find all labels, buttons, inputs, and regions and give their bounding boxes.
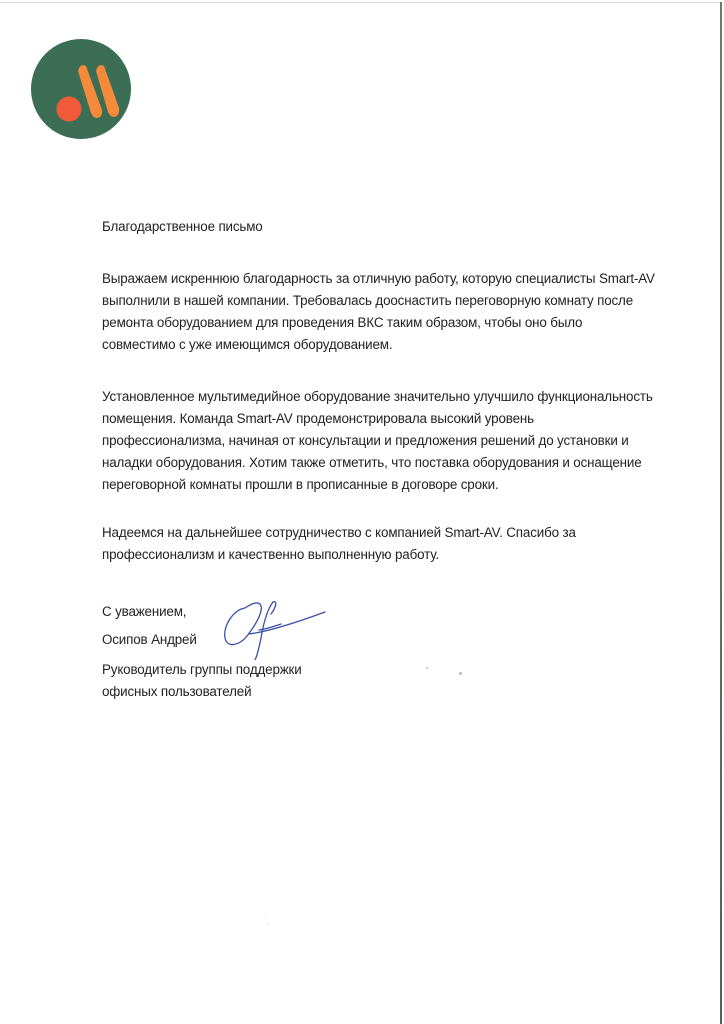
paragraph-line: Установленное мультимедийное оборудовани… [102, 386, 692, 408]
paragraph-line: профессионализм и качественно выполненну… [102, 544, 692, 566]
paragraph-gratitude: Выражаем искреннюю благодарность за отли… [102, 268, 692, 356]
scan-right-edge [720, 2, 722, 1024]
scan-speck [426, 667, 428, 669]
paragraph-line: профессионализма, начиная от консультаци… [102, 430, 692, 452]
position-line: Руководитель группы поддержки [102, 659, 692, 681]
letter-title: Благодарственное письмо [102, 216, 692, 238]
paragraph-equipment: Установленное мультимедийное оборудовани… [102, 386, 692, 496]
paragraph-line: Надеемся на дальнейшее сотрудничество с … [102, 522, 692, 544]
signer-name: Осипов Андрей [102, 629, 692, 651]
paragraph-line: помещения. Команда Smart-AV продемонстри… [102, 408, 692, 430]
paragraph-line: наладки оборудования. Хотим также отмети… [102, 452, 692, 474]
company-logo-icon [30, 38, 132, 140]
signer-position: Руководитель группы поддержки офисных по… [102, 659, 692, 703]
paragraph-cooperation: Надеемся на дальнейшее сотрудничество с … [102, 522, 692, 566]
position-line: офисных пользователей [102, 681, 692, 703]
paragraph-line: Выражаем искреннюю благодарность за отли… [102, 268, 692, 290]
scan-top-edge [0, 2, 722, 3]
handwritten-signature-icon [215, 596, 335, 660]
scan-speck [265, 914, 266, 916]
paragraph-line: ремонта оборудованием для проведения ВКС… [102, 312, 692, 334]
paragraph-line: переговорной комнаты прошли в прописанны… [102, 474, 692, 496]
scan-speck [459, 672, 462, 675]
closing-phrase: С уважением, [102, 601, 692, 623]
scan-speck [268, 923, 269, 925]
letter-page: Благодарственное письмо Выражаем искренн… [0, 0, 724, 1024]
paragraph-line: выполнили в нашей компании. Требовалась … [102, 290, 692, 312]
paragraph-line: совместимо с уже имеющимся оборудованием… [102, 334, 692, 356]
